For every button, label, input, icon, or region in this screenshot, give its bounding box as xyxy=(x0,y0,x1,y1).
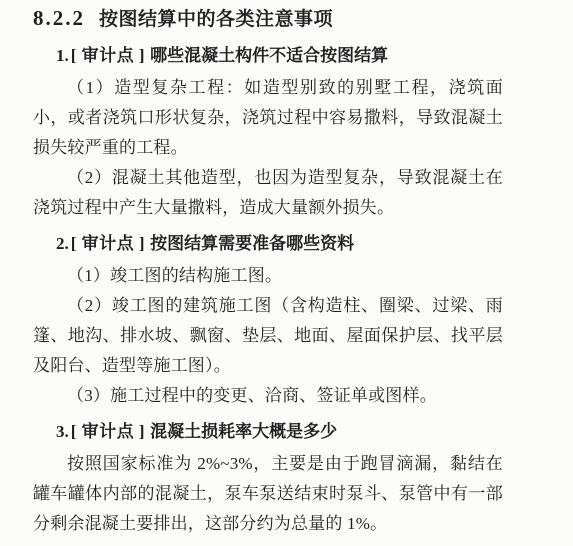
audit-point-2-paragraph-2: （2）竣工图的建筑施工图（含构造柱、圈梁、过梁、雨篷、地沟、排水坡、飘窗、垫层、… xyxy=(33,291,503,381)
audit-point-3-paragraph-1: 按照国家标准为 2%~3%，主要是由于跑冒滴漏，黏结在罐车罐体内部的混凝土，泵车… xyxy=(33,449,503,539)
audit-point-3-title: 混凝土损耗率大概是多少 xyxy=(150,422,337,441)
book-page: 8.2.2按图结算中的各类注意事项 1.[ 审计点 ]哪些混凝土构件不适合按图结… xyxy=(0,0,573,546)
audit-point-2-number: 2. xyxy=(56,234,69,253)
audit-point-1-paragraph-1: （1）造型复杂工程：如造型别致的别墅工程，浇筑面小，或者浇筑口形状复杂，浇筑过程… xyxy=(33,73,503,163)
audit-point-1-paragraph-2: （2）混凝土其他造型，也因为造型复杂，导致混凝土在浇筑过程中产生大量撒料，造成大… xyxy=(33,163,503,223)
audit-point-2-label: [ 审计点 ] xyxy=(71,234,145,253)
audit-point-2-title: 按图结算需要准备哪些资料 xyxy=(150,234,354,253)
section-heading: 8.2.2按图结算中的各类注意事项 xyxy=(33,3,503,35)
audit-point-2-paragraph-1: （1）竣工图的结构施工图。 xyxy=(33,261,503,291)
audit-point-1-number: 1. xyxy=(56,46,69,65)
section-title: 按图结算中的各类注意事项 xyxy=(99,9,333,30)
audit-point-2-paragraph-3: （3）施工过程中的变更、洽商、签证单或图样。 xyxy=(33,381,503,411)
section-number: 8.2.2 xyxy=(33,6,85,30)
audit-point-3-label: [ 审计点 ] xyxy=(71,422,145,441)
audit-point-1-title: 哪些混凝土构件不适合按图结算 xyxy=(150,46,388,65)
audit-point-2-heading: 2.[ 审计点 ]按图结算需要准备哪些资料 xyxy=(33,229,503,259)
audit-point-1-heading: 1.[ 审计点 ]哪些混凝土构件不适合按图结算 xyxy=(33,41,503,71)
audit-point-3-heading: 3.[ 审计点 ]混凝土损耗率大概是多少 xyxy=(33,417,503,447)
audit-point-3-number: 3. xyxy=(56,422,69,441)
audit-point-1-label: [ 审计点 ] xyxy=(71,46,145,65)
